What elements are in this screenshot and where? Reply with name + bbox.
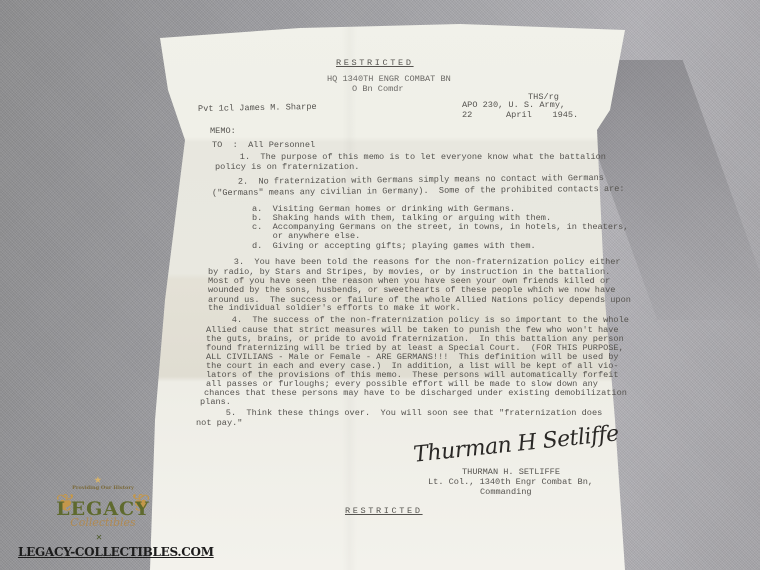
logo-subname: Collectibles bbox=[48, 516, 158, 529]
signer-title: Commanding bbox=[480, 487, 532, 497]
handwritten-signature: Thurman H Setliffe bbox=[413, 429, 619, 460]
list-item: or anywhere else. bbox=[252, 231, 360, 241]
unit-line-1: HQ 1340TH ENGR COMBAT BN bbox=[327, 74, 451, 84]
date-month-year: April 1945. bbox=[506, 110, 578, 120]
to-line: TO : All Personnel bbox=[212, 140, 315, 150]
watermark-logo: ❦ ❦ ★ Providing Our History LEGACY Colle… bbox=[48, 472, 158, 544]
signer-rank: Lt. Col., 1340th Engr Combat Bn, bbox=[428, 477, 593, 487]
unit-line-2: O Bn Comdr bbox=[352, 84, 404, 94]
ribbon-bow-icon: ✕ bbox=[96, 532, 102, 544]
recipient: Pvt 1cl James M. Sharpe bbox=[198, 102, 317, 114]
list-item: d. Giving or accepting gifts; playing ga… bbox=[252, 241, 536, 251]
apo-line: APO 230, U. S. Army, bbox=[462, 100, 565, 110]
logo-arc-text: Providing Our History bbox=[72, 485, 134, 491]
classification-bottom: RESTRICTED bbox=[345, 506, 423, 516]
date-day: 22 bbox=[462, 110, 472, 120]
memo-label: MEMO: bbox=[210, 126, 236, 136]
signer-name: THURMAN H. SETLIFFE bbox=[462, 467, 560, 477]
watermark-url: LEGACY-COLLECTIBLES.COM bbox=[18, 545, 214, 559]
classification-top: RESTRICTED bbox=[336, 58, 414, 68]
